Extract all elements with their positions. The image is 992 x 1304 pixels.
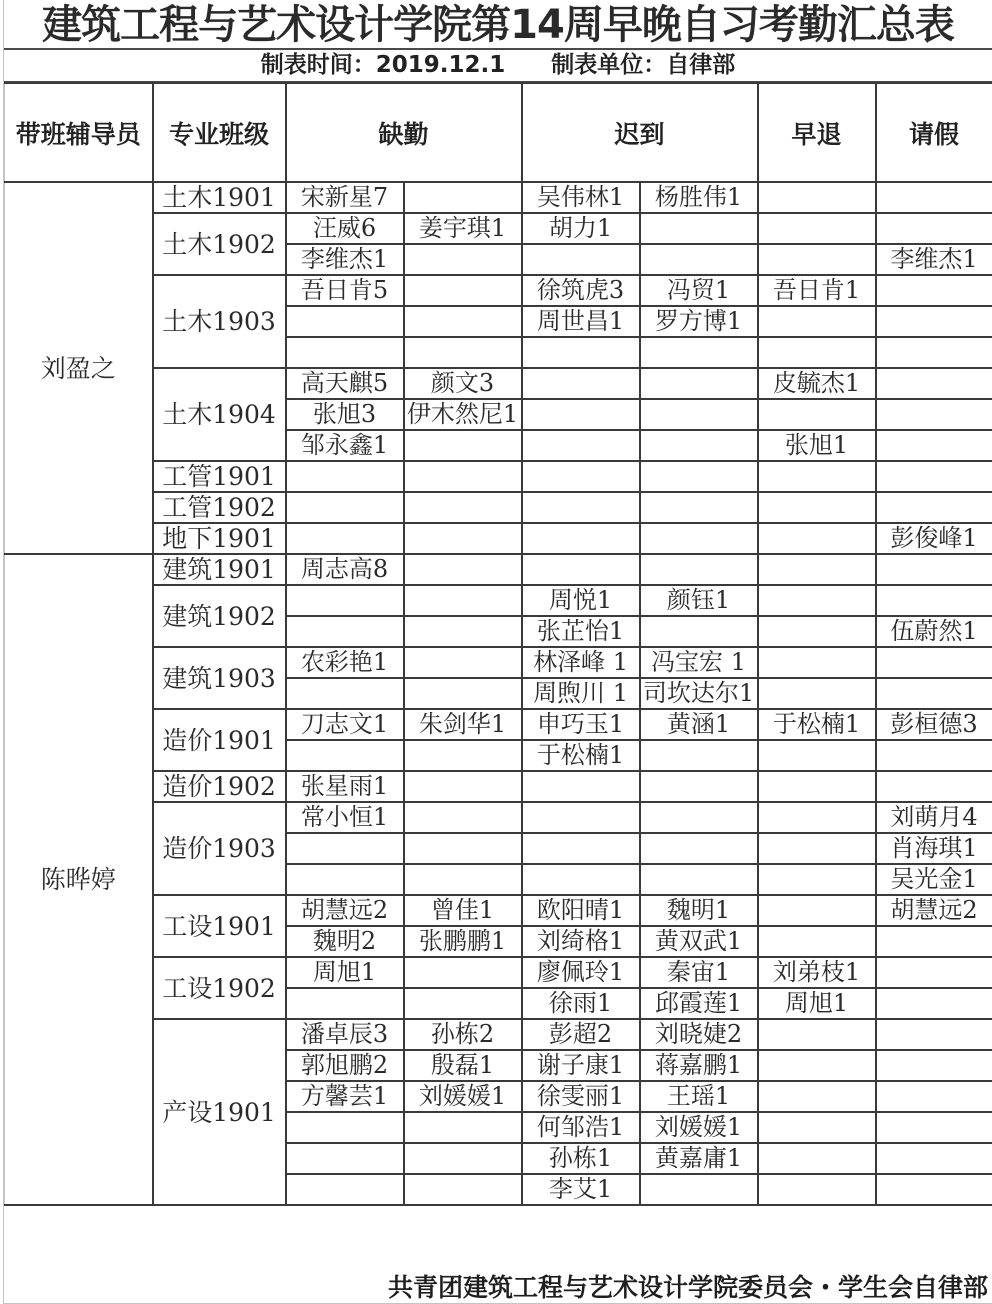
late-cell bbox=[640, 864, 758, 895]
class-name-cell: 产设1901 bbox=[153, 1019, 286, 1205]
late-cell: 胡力1 bbox=[522, 213, 640, 244]
early-leave-cell: 周旭1 bbox=[758, 988, 876, 1019]
late-cell: 司坎达尔1 bbox=[640, 678, 758, 709]
leave-cell bbox=[876, 182, 992, 213]
late-cell bbox=[640, 244, 758, 275]
early-leave-cell bbox=[758, 1081, 876, 1112]
class-name-cell: 工设1902 bbox=[153, 957, 286, 1019]
late-cell: 王瑶1 bbox=[640, 1081, 758, 1112]
absent-cell bbox=[404, 616, 522, 647]
late-cell: 黄嘉庸1 bbox=[640, 1143, 758, 1174]
early-leave-cell bbox=[758, 182, 876, 213]
early-leave-cell bbox=[758, 1019, 876, 1050]
leave-cell bbox=[876, 926, 992, 957]
late-cell bbox=[522, 430, 640, 461]
late-cell: 孙栋1 bbox=[522, 1143, 640, 1174]
absent-cell bbox=[286, 492, 404, 523]
late-cell: 秦宙1 bbox=[640, 957, 758, 988]
leave-cell bbox=[876, 306, 992, 337]
early-leave-cell bbox=[758, 895, 876, 926]
early-leave-cell bbox=[758, 1174, 876, 1205]
page-title: 建筑工程与艺术设计学院第14周早晚自习考勤汇总表 bbox=[4, 0, 992, 50]
absent-cell bbox=[404, 554, 522, 585]
absent-cell bbox=[286, 523, 404, 554]
leave-cell bbox=[876, 1143, 992, 1174]
absent-cell: 刘媛媛1 bbox=[404, 1081, 522, 1112]
header-counselor: 带班辅导员 bbox=[5, 83, 153, 182]
late-cell: 彭超2 bbox=[522, 1019, 640, 1050]
absent-cell: 朱剑华1 bbox=[404, 709, 522, 740]
absent-cell bbox=[286, 833, 404, 864]
table-row: 土木1902汪威6姜宇琪1胡力1 bbox=[5, 213, 992, 244]
late-cell bbox=[522, 833, 640, 864]
late-cell bbox=[640, 368, 758, 399]
header-absent: 缺勤 bbox=[286, 83, 522, 182]
leave-cell bbox=[876, 1019, 992, 1050]
leave-cell bbox=[876, 461, 992, 492]
table-row: 建筑1902周悦1颜钰1 bbox=[5, 585, 992, 616]
class-name-cell: 地下1901 bbox=[153, 523, 286, 554]
late-cell: 张芷怡1 bbox=[522, 616, 640, 647]
late-cell: 罗方博1 bbox=[640, 306, 758, 337]
absent-cell bbox=[404, 647, 522, 678]
absent-cell: 邹永鑫1 bbox=[286, 430, 404, 461]
leave-cell bbox=[876, 585, 992, 616]
late-cell bbox=[640, 616, 758, 647]
class-name-cell: 土木1904 bbox=[153, 368, 286, 461]
early-leave-cell: 张旭1 bbox=[758, 430, 876, 461]
header-early-leave: 早退 bbox=[758, 83, 876, 182]
leave-cell bbox=[876, 771, 992, 802]
late-cell bbox=[640, 771, 758, 802]
header-class: 专业班级 bbox=[153, 83, 286, 182]
late-cell: 蒋嘉鹏1 bbox=[640, 1050, 758, 1081]
absent-cell: 颜文3 bbox=[404, 368, 522, 399]
leave-cell bbox=[876, 1174, 992, 1205]
late-cell bbox=[640, 399, 758, 430]
absent-cell: 曾佳1 bbox=[404, 895, 522, 926]
late-cell bbox=[522, 461, 640, 492]
late-cell: 于松楠1 bbox=[522, 740, 640, 771]
table-row: 陈晔婷建筑1901周志高8 bbox=[5, 554, 992, 585]
absent-cell: 张星雨1 bbox=[286, 771, 404, 802]
late-cell: 黄双武1 bbox=[640, 926, 758, 957]
table-row: 土木1904高天麒5颜文3皮毓杰1 bbox=[5, 368, 992, 399]
leave-cell: 肖海琪1 bbox=[876, 833, 992, 864]
early-leave-cell bbox=[758, 461, 876, 492]
leave-cell bbox=[876, 275, 992, 306]
class-name-cell: 造价1902 bbox=[153, 771, 286, 802]
table-row: 工设1902周旭1廖佩玲1秦宙1刘弟枝1 bbox=[5, 957, 992, 988]
absent-cell bbox=[404, 182, 522, 213]
absent-cell: 孙栋2 bbox=[404, 1019, 522, 1050]
leave-cell bbox=[876, 1112, 992, 1143]
late-cell: 何邹浩1 bbox=[522, 1112, 640, 1143]
late-cell bbox=[522, 399, 640, 430]
late-cell bbox=[640, 802, 758, 833]
header-late: 迟到 bbox=[522, 83, 758, 182]
late-cell: 徐雯丽1 bbox=[522, 1081, 640, 1112]
late-cell bbox=[640, 337, 758, 368]
leave-cell: 彭俊峰1 bbox=[876, 523, 992, 554]
late-cell bbox=[640, 213, 758, 244]
leave-cell bbox=[876, 554, 992, 585]
late-cell bbox=[640, 740, 758, 771]
absent-cell bbox=[286, 1112, 404, 1143]
leave-cell bbox=[876, 647, 992, 678]
absent-cell: 郭旭鹏2 bbox=[286, 1050, 404, 1081]
late-cell: 刘晓婕2 bbox=[640, 1019, 758, 1050]
class-name-cell: 建筑1901 bbox=[153, 554, 286, 585]
leave-cell bbox=[876, 492, 992, 523]
class-name-cell: 土木1902 bbox=[153, 213, 286, 275]
absent-cell bbox=[404, 1112, 522, 1143]
table-row: 产设1901潘卓辰3孙栋2彭超2刘晓婕2 bbox=[5, 1019, 992, 1050]
early-leave-cell bbox=[758, 306, 876, 337]
leave-cell bbox=[876, 1081, 992, 1112]
attendance-table-body: 刘盈之土木1901宋新星7吴伟林1杨胜伟1土木1902汪威6姜宇琪1胡力1李维杰… bbox=[5, 182, 992, 1205]
late-cell bbox=[640, 461, 758, 492]
late-cell: 徐雨1 bbox=[522, 988, 640, 1019]
early-leave-cell bbox=[758, 833, 876, 864]
late-cell: 申巧玉1 bbox=[522, 709, 640, 740]
class-name-cell: 造价1901 bbox=[153, 709, 286, 771]
early-leave-cell bbox=[758, 926, 876, 957]
late-cell bbox=[522, 554, 640, 585]
late-cell: 刘绮格1 bbox=[522, 926, 640, 957]
late-cell: 吴伟林1 bbox=[522, 182, 640, 213]
leave-cell bbox=[876, 337, 992, 368]
late-cell: 冯贸1 bbox=[640, 275, 758, 306]
absent-cell: 周旭1 bbox=[286, 957, 404, 988]
table-row: 刘盈之土木1901宋新星7吴伟林1杨胜伟1 bbox=[5, 182, 992, 213]
absent-cell bbox=[286, 988, 404, 1019]
late-cell: 魏明1 bbox=[640, 895, 758, 926]
subtitle: 制表时间：2019.12.1 制表单位：自律部 bbox=[4, 50, 992, 83]
absent-cell: 农彩艳1 bbox=[286, 647, 404, 678]
late-cell bbox=[522, 802, 640, 833]
late-cell bbox=[522, 337, 640, 368]
early-leave-cell bbox=[758, 213, 876, 244]
table-row: 地下1901彭俊峰1 bbox=[5, 523, 992, 554]
leave-cell: 李维杰1 bbox=[876, 244, 992, 275]
absent-cell: 汪威6 bbox=[286, 213, 404, 244]
absent-cell bbox=[404, 461, 522, 492]
table-row: 工设1901胡慧远2曾佳1欧阳晴1魏明1胡慧远2 bbox=[5, 895, 992, 926]
early-leave-cell: 皮毓杰1 bbox=[758, 368, 876, 399]
leave-cell bbox=[876, 399, 992, 430]
absent-cell bbox=[286, 740, 404, 771]
absent-cell: 张鹏鹏1 bbox=[404, 926, 522, 957]
absent-cell bbox=[286, 616, 404, 647]
leave-cell: 彭桓德3 bbox=[876, 709, 992, 740]
creating-unit-label: 制表单位：自律部 bbox=[551, 52, 735, 78]
late-cell: 邱霞莲1 bbox=[640, 988, 758, 1019]
late-cell bbox=[522, 492, 640, 523]
absent-cell bbox=[404, 740, 522, 771]
absent-cell bbox=[404, 1143, 522, 1174]
leave-cell: 胡慧远2 bbox=[876, 895, 992, 926]
early-leave-cell bbox=[758, 864, 876, 895]
absent-cell: 姜宇琪1 bbox=[404, 213, 522, 244]
absent-cell bbox=[404, 306, 522, 337]
absent-cell bbox=[286, 1143, 404, 1174]
absent-cell bbox=[286, 1174, 404, 1205]
class-name-cell: 造价1903 bbox=[153, 802, 286, 895]
early-leave-cell bbox=[758, 771, 876, 802]
late-cell: 徐筑虎3 bbox=[522, 275, 640, 306]
table-row: 造价1901刀志文1朱剑华1申巧玉1黄涵1于松楠1彭桓德3 bbox=[5, 709, 992, 740]
absent-cell bbox=[286, 678, 404, 709]
absent-cell: 宋新星7 bbox=[286, 182, 404, 213]
absent-cell bbox=[286, 337, 404, 368]
absent-cell: 常小恒1 bbox=[286, 802, 404, 833]
late-cell bbox=[522, 864, 640, 895]
early-leave-cell bbox=[758, 399, 876, 430]
late-cell bbox=[640, 523, 758, 554]
attendance-table: 带班辅导员 专业班级 缺勤 迟到 早退 请假 刘盈之土木1901宋新星7吴伟林1… bbox=[4, 82, 992, 1206]
early-leave-cell: 于松楠1 bbox=[758, 709, 876, 740]
absent-cell bbox=[286, 306, 404, 337]
absent-cell: 刀志文1 bbox=[286, 709, 404, 740]
table-row: 土木1903吾日肯5徐筑虎3冯贸1吾日肯1 bbox=[5, 275, 992, 306]
early-leave-cell bbox=[758, 585, 876, 616]
early-leave-cell bbox=[758, 1112, 876, 1143]
late-cell: 冯宝宏 1 bbox=[640, 647, 758, 678]
leave-cell bbox=[876, 740, 992, 771]
absent-cell: 殷磊1 bbox=[404, 1050, 522, 1081]
leave-cell: 刘萌月4 bbox=[876, 802, 992, 833]
early-leave-cell bbox=[758, 647, 876, 678]
absent-cell: 方馨芸1 bbox=[286, 1081, 404, 1112]
absent-cell bbox=[286, 864, 404, 895]
late-cell: 颜钰1 bbox=[640, 585, 758, 616]
absent-cell: 胡慧远2 bbox=[286, 895, 404, 926]
late-cell bbox=[522, 523, 640, 554]
absent-cell bbox=[404, 492, 522, 523]
table-row: 工管1901 bbox=[5, 461, 992, 492]
header-row: 带班辅导员 专业班级 缺勤 迟到 早退 请假 bbox=[5, 83, 992, 182]
early-leave-cell bbox=[758, 740, 876, 771]
absent-cell: 吾日肯5 bbox=[286, 275, 404, 306]
late-cell: 谢子康1 bbox=[522, 1050, 640, 1081]
absent-cell bbox=[286, 461, 404, 492]
late-cell: 周煦川 1 bbox=[522, 678, 640, 709]
class-name-cell: 建筑1902 bbox=[153, 585, 286, 647]
class-name-cell: 工设1901 bbox=[153, 895, 286, 957]
absent-cell bbox=[404, 771, 522, 802]
late-cell: 刘媛媛1 bbox=[640, 1112, 758, 1143]
early-leave-cell: 刘弟枝1 bbox=[758, 957, 876, 988]
late-cell: 周悦1 bbox=[522, 585, 640, 616]
absent-cell bbox=[404, 833, 522, 864]
leave-cell: 吴光金1 bbox=[876, 864, 992, 895]
leave-cell bbox=[876, 1050, 992, 1081]
absent-cell bbox=[404, 275, 522, 306]
absent-cell bbox=[404, 864, 522, 895]
absent-cell: 高天麒5 bbox=[286, 368, 404, 399]
late-cell bbox=[640, 1174, 758, 1205]
class-name-cell: 土木1903 bbox=[153, 275, 286, 368]
absent-cell: 张旭3 bbox=[286, 399, 404, 430]
late-cell bbox=[640, 492, 758, 523]
early-leave-cell: 吾日肯1 bbox=[758, 275, 876, 306]
absent-cell bbox=[404, 430, 522, 461]
absent-cell bbox=[286, 585, 404, 616]
table-row: 造价1902张星雨1 bbox=[5, 771, 992, 802]
late-cell: 李艾1 bbox=[522, 1174, 640, 1205]
absent-cell bbox=[404, 988, 522, 1019]
class-name-cell: 建筑1903 bbox=[153, 647, 286, 709]
header-leave: 请假 bbox=[876, 83, 992, 182]
absent-cell bbox=[404, 957, 522, 988]
absent-cell bbox=[404, 585, 522, 616]
leave-cell: 伍蔚然1 bbox=[876, 616, 992, 647]
early-leave-cell bbox=[758, 523, 876, 554]
absent-cell: 李维杰1 bbox=[286, 244, 404, 275]
absent-cell bbox=[404, 802, 522, 833]
absent-cell: 伊木然尼1 bbox=[404, 399, 522, 430]
absent-cell bbox=[404, 678, 522, 709]
absent-cell bbox=[404, 244, 522, 275]
late-cell: 欧阳晴1 bbox=[522, 895, 640, 926]
leave-cell bbox=[876, 957, 992, 988]
early-leave-cell bbox=[758, 802, 876, 833]
late-cell bbox=[522, 368, 640, 399]
footer-organization: 共青团建筑工程与艺术设计学院委员会・学生会自律部 bbox=[4, 1271, 992, 1304]
late-cell bbox=[640, 430, 758, 461]
early-leave-cell bbox=[758, 1143, 876, 1174]
leave-cell bbox=[876, 213, 992, 244]
late-cell: 林泽峰 1 bbox=[522, 647, 640, 678]
absent-cell bbox=[404, 1174, 522, 1205]
counselor-cell: 刘盈之 bbox=[5, 182, 153, 554]
early-leave-cell bbox=[758, 337, 876, 368]
early-leave-cell bbox=[758, 244, 876, 275]
absent-cell: 魏明2 bbox=[286, 926, 404, 957]
early-leave-cell bbox=[758, 616, 876, 647]
absent-cell bbox=[404, 337, 522, 368]
late-cell bbox=[640, 554, 758, 585]
late-cell bbox=[640, 833, 758, 864]
leave-cell bbox=[876, 430, 992, 461]
table-row: 工管1902 bbox=[5, 492, 992, 523]
late-cell: 杨胜伟1 bbox=[640, 182, 758, 213]
absent-cell: 潘卓辰3 bbox=[286, 1019, 404, 1050]
late-cell bbox=[522, 771, 640, 802]
late-cell: 黄涵1 bbox=[640, 709, 758, 740]
early-leave-cell bbox=[758, 492, 876, 523]
late-cell: 周世昌1 bbox=[522, 306, 640, 337]
early-leave-cell bbox=[758, 678, 876, 709]
class-name-cell: 土木1901 bbox=[153, 182, 286, 213]
leave-cell bbox=[876, 368, 992, 399]
creation-date-label: 制表时间：2019.12.1 bbox=[261, 52, 506, 78]
leave-cell bbox=[876, 988, 992, 1019]
table-row: 造价1903常小恒1刘萌月4 bbox=[5, 802, 992, 833]
counselor-cell: 陈晔婷 bbox=[5, 554, 153, 1205]
late-cell: 廖佩玲1 bbox=[522, 957, 640, 988]
class-name-cell: 工管1901 bbox=[153, 461, 286, 492]
table-row: 建筑1903农彩艳1林泽峰 1冯宝宏 1 bbox=[5, 647, 992, 678]
leave-cell bbox=[876, 678, 992, 709]
absent-cell: 周志高8 bbox=[286, 554, 404, 585]
absent-cell bbox=[404, 523, 522, 554]
early-leave-cell bbox=[758, 1050, 876, 1081]
class-name-cell: 工管1902 bbox=[153, 492, 286, 523]
late-cell bbox=[522, 244, 640, 275]
early-leave-cell bbox=[758, 554, 876, 585]
